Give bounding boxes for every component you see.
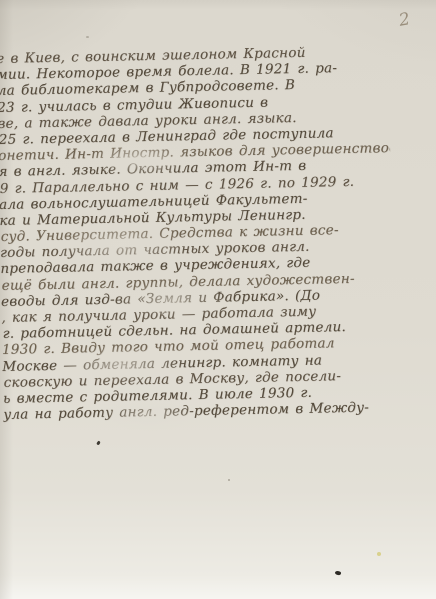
ink-speck xyxy=(96,441,101,446)
page-number: 2 xyxy=(398,9,412,31)
paper-speck xyxy=(86,36,89,38)
manuscript-text: е в Киев, с воинским эшелоном Красноймии… xyxy=(0,43,395,423)
paper-speck xyxy=(228,479,230,481)
manuscript-page: 2 е в Киев, с воинским эшелоном Краснойм… xyxy=(0,0,436,599)
ink-speck xyxy=(335,570,342,576)
paper-stain xyxy=(377,552,381,556)
